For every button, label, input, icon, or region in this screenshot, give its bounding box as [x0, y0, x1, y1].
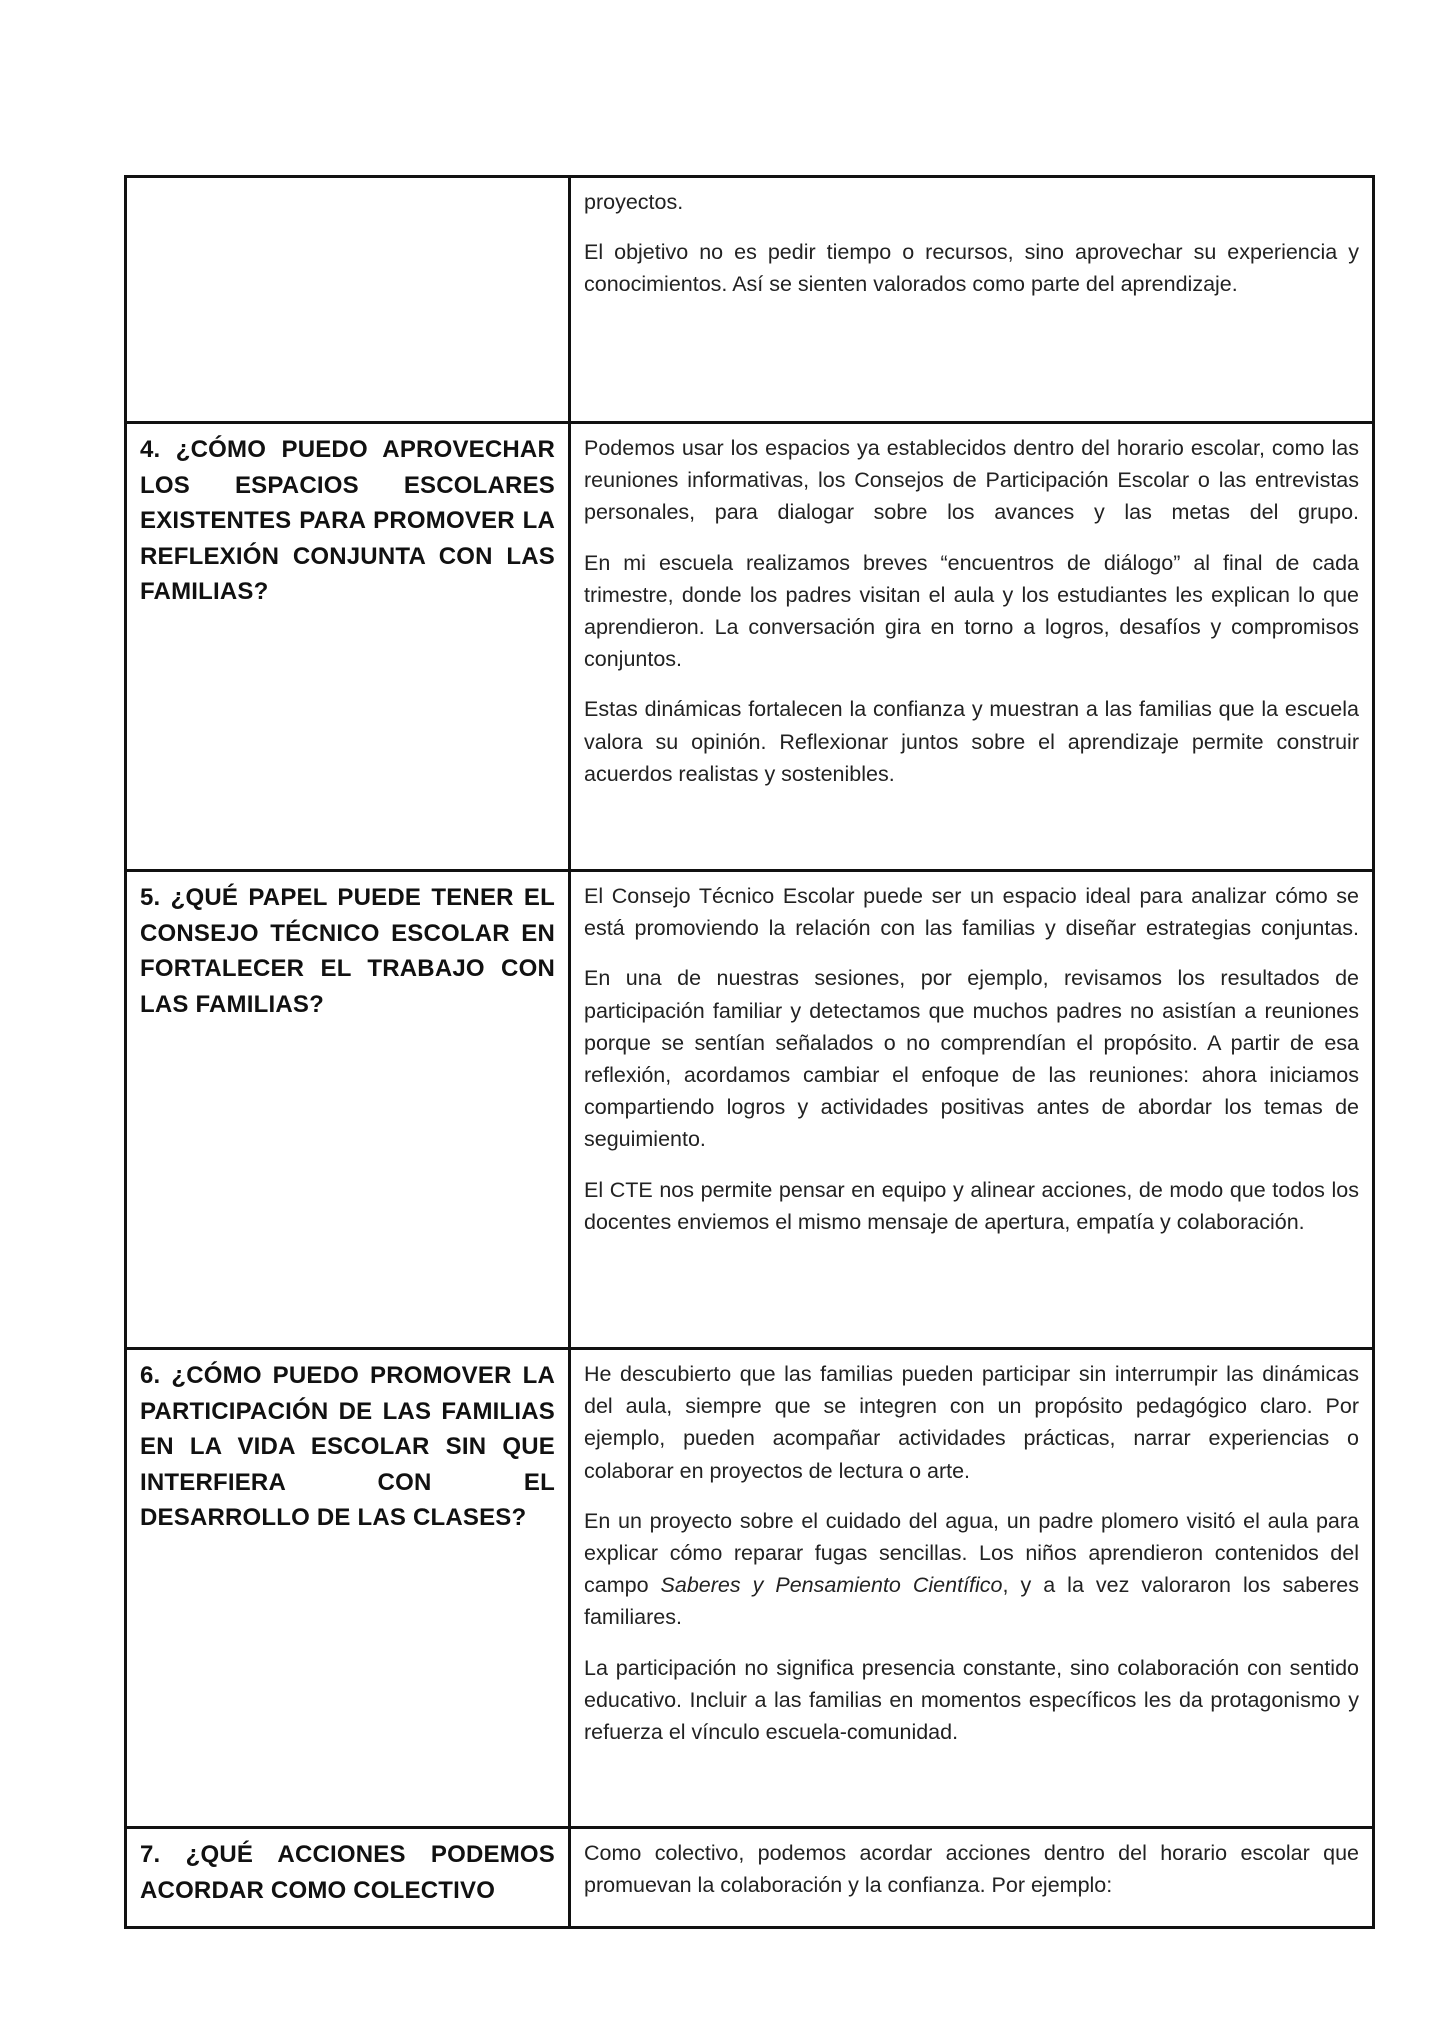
answer-paragraph: El objetivo no es pedir tiempo o recurso…: [584, 236, 1359, 300]
table-row: proyectos. El objetivo no es pedir tiemp…: [126, 177, 1374, 423]
field-name-italic: Saberes y Pensamiento Científico: [661, 1573, 1003, 1597]
table-row: 7. ¿QUÉ ACCIONES PODEMOS ACORDAR COMO CO…: [126, 1828, 1374, 1928]
question-cell: 7. ¿QUÉ ACCIONES PODEMOS ACORDAR COMO CO…: [126, 1828, 570, 1928]
table-row: 4. ¿CÓMO PUEDO APROVECHAR LOS ESPACIOS E…: [126, 423, 1374, 871]
question-cell: 5. ¿QUÉ PAPEL PUEDE TENER EL CONSEJO TÉC…: [126, 871, 570, 1349]
question-cell: 6. ¿CÓMO PUEDO PROMOVER LA PARTICIPACIÓN…: [126, 1349, 570, 1828]
answer-paragraph: En una de nuestras sesiones, por ejemplo…: [584, 962, 1359, 1155]
question-cell: [126, 177, 570, 423]
question-text: 7. ¿QUÉ ACCIONES PODEMOS ACORDAR COMO CO…: [140, 1837, 555, 1908]
question-text: 5. ¿QUÉ PAPEL PUEDE TENER EL CONSEJO TÉC…: [140, 880, 555, 1022]
answer-paragraph: Como colectivo, podemos acordar acciones…: [584, 1837, 1359, 1901]
answer-paragraph: El CTE nos permite pensar en equipo y al…: [584, 1174, 1359, 1238]
answer-paragraph: He descubierto que las familias pueden p…: [584, 1358, 1359, 1487]
table-row: 6. ¿CÓMO PUEDO PROMOVER LA PARTICIPACIÓN…: [126, 1349, 1374, 1828]
answer-paragraph: En mi escuela realizamos breves “encuent…: [584, 547, 1359, 676]
answer-paragraph: proyectos.: [584, 186, 1359, 218]
answer-paragraph: Estas dinámicas fortalecen la confianza …: [584, 693, 1359, 790]
answer-paragraph: Podemos usar los espacios ya establecido…: [584, 432, 1359, 529]
question-cell: 4. ¿CÓMO PUEDO APROVECHAR LOS ESPACIOS E…: [126, 423, 570, 871]
answer-cell: El Consejo Técnico Escolar puede ser un …: [570, 871, 1374, 1349]
answer-cell: Como colectivo, podemos acordar acciones…: [570, 1828, 1374, 1928]
answer-paragraph: El Consejo Técnico Escolar puede ser un …: [584, 880, 1359, 944]
answer-paragraph: La participación no significa presencia …: [584, 1652, 1359, 1749]
answer-cell: He descubierto que las familias pueden p…: [570, 1349, 1374, 1828]
answer-cell: Podemos usar los espacios ya establecido…: [570, 423, 1374, 871]
document-page: proyectos. El objetivo no es pedir tiemp…: [0, 0, 1445, 2043]
answer-cell: proyectos. El objetivo no es pedir tiemp…: [570, 177, 1374, 423]
question-text: 6. ¿CÓMO PUEDO PROMOVER LA PARTICIPACIÓN…: [140, 1358, 555, 1536]
answer-paragraph: En un proyecto sobre el cuidado del agua…: [584, 1505, 1359, 1634]
question-text: 4. ¿CÓMO PUEDO APROVECHAR LOS ESPACIOS E…: [140, 432, 555, 610]
table-row: 5. ¿QUÉ PAPEL PUEDE TENER EL CONSEJO TÉC…: [126, 871, 1374, 1349]
qa-table: proyectos. El objetivo no es pedir tiemp…: [124, 175, 1375, 1929]
